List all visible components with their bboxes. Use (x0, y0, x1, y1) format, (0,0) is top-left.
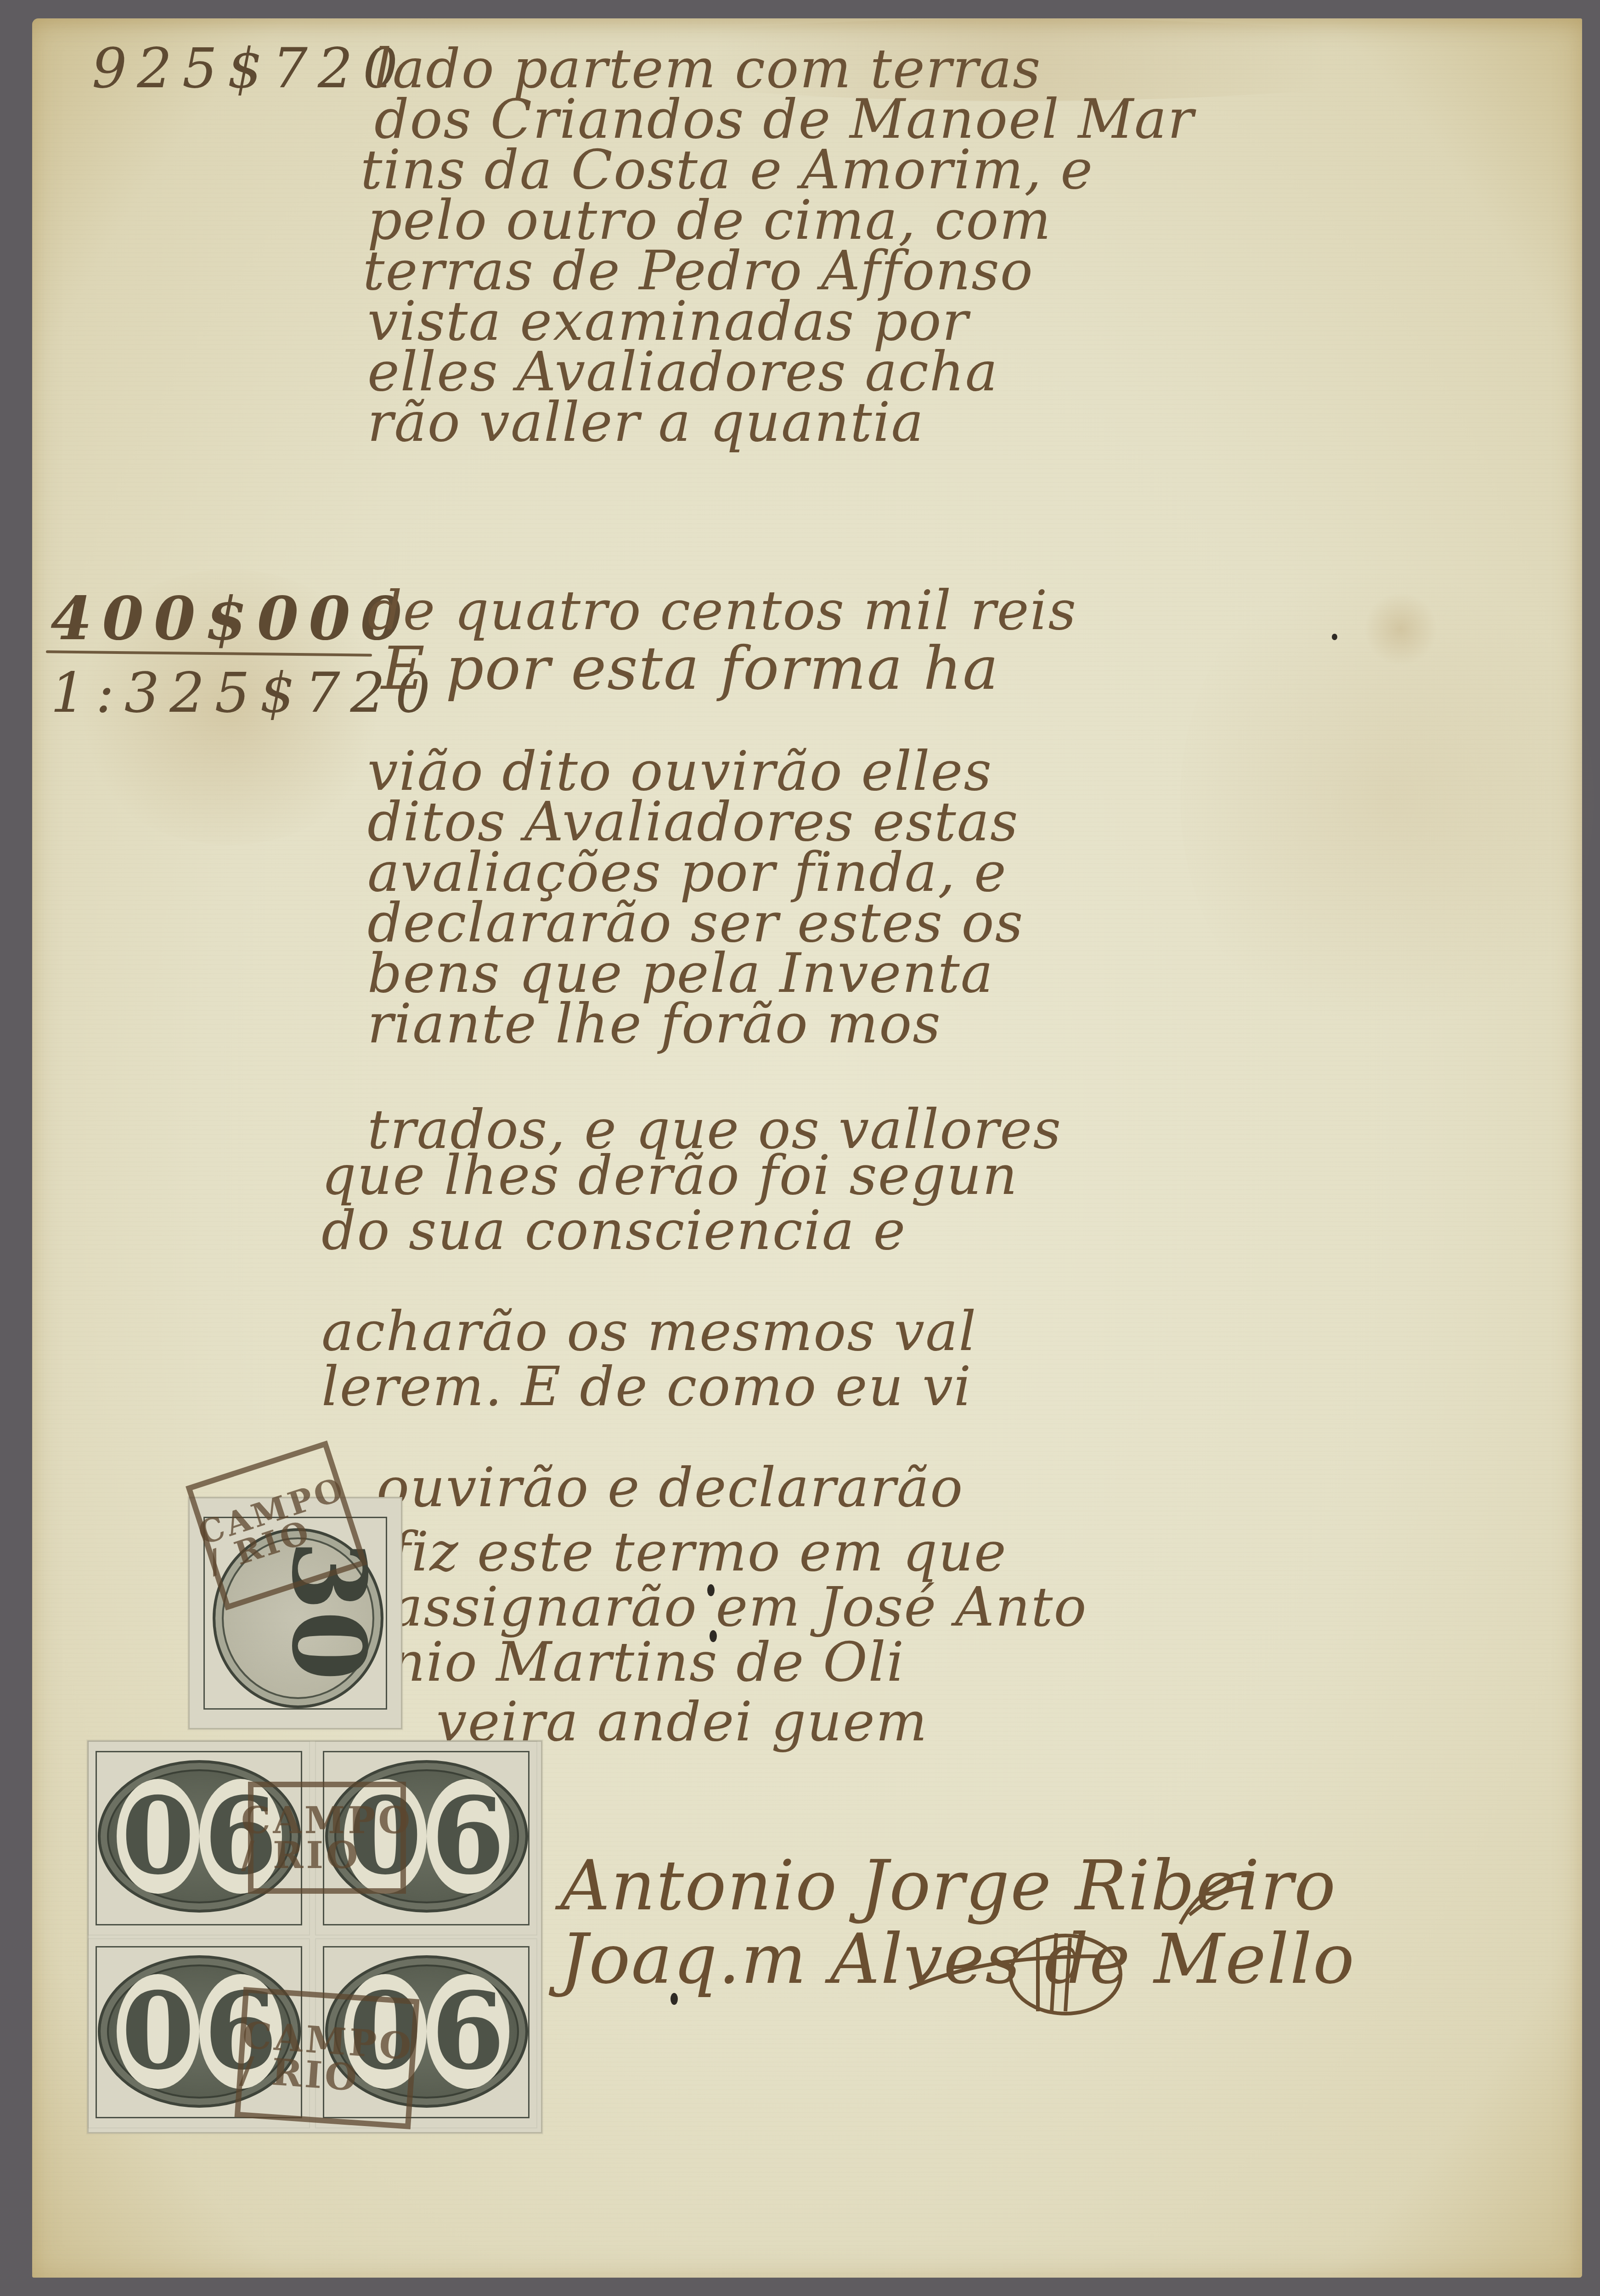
postmark-cancel: CAMPO / RIO (235, 1987, 420, 2129)
stamp-digit-6: 6 (427, 1974, 509, 2089)
margin-amount-top: 925$720 (92, 37, 408, 101)
text-line: ouvirão e declararão (377, 1460, 963, 1514)
stamp-digit-0: 0 (117, 1779, 199, 1894)
text-line: acharão os mesmos val (321, 1304, 977, 1358)
stamp-digit-6: 6 (427, 1779, 509, 1894)
postmark-text: CAMPO / RIO (239, 2017, 415, 2099)
postmark-text: CAMPO / RIO (241, 1803, 413, 1873)
text-line: E por esta forma ha (381, 638, 999, 698)
postmark-cancel: CAMPO / RIO (248, 1782, 406, 1894)
margin-amount-addition: 400$000 (51, 583, 412, 653)
text-line: fiz este termo em que (390, 1525, 1007, 1579)
text-line: lerem. E de como eu vi (321, 1359, 972, 1413)
text-line: nio Martins de Oli (390, 1635, 905, 1689)
text-line: rão valler a quantia (367, 395, 924, 449)
signature-flourish (900, 1919, 1139, 2020)
pin-hole (1332, 634, 1337, 640)
pin-hole (710, 1630, 717, 1642)
postmark-text: CAMPO / RIO (195, 1473, 358, 1578)
stamp-digit-0: 0 (117, 1974, 199, 2089)
text-line: assignarão em José Anto (390, 1580, 1087, 1634)
text-line: do sua consciencia e (321, 1203, 906, 1257)
text-line: que lhes derão foi segun (321, 1148, 1018, 1202)
signature-flourish (1171, 1860, 1263, 1933)
foxing-stain (1180, 546, 1594, 1052)
text-line: riante lhe forão mos (367, 996, 941, 1051)
text-line: de quatro centos mil reis (367, 583, 1077, 637)
pin-hole (707, 1584, 715, 1596)
